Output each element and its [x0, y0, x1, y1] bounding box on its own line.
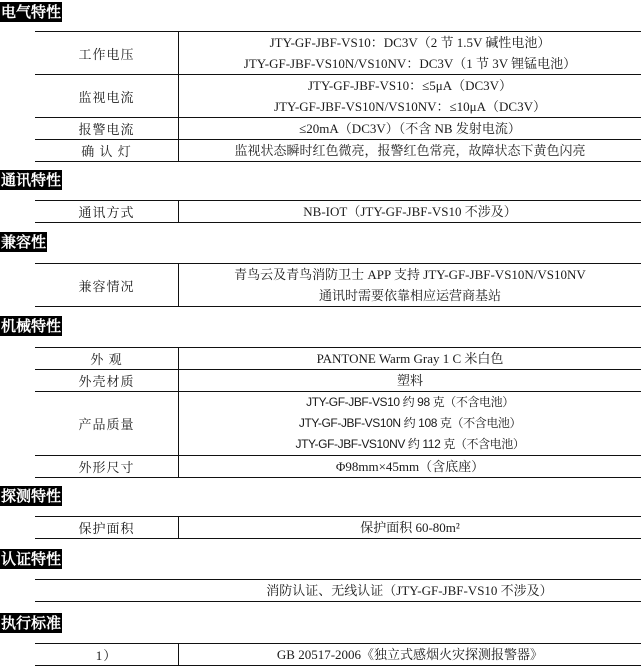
table-row: 外壳材质 塑料: [35, 370, 641, 392]
row-label-compatibility: 兼容情况: [35, 264, 179, 307]
row-value-certification: 消防认证、无线认证（JTY-GF-JBF-VS10 不涉及）: [35, 580, 641, 602]
section-heading-electrical: 电气特性: [0, 2, 62, 22]
value-line: 监视状态瞬时红色微亮，报警红色常亮，故障状态下黄色闪亮: [179, 140, 641, 161]
row-value-coverage-area: 保护面积 60-80m²: [179, 517, 642, 539]
standards-spec-table: 1） GB 20517-2006《独立式感烟火灾探测报警器》: [35, 643, 641, 666]
table-row: 通讯方式 NB-IOT（JTY-GF-JBF-VS10 不涉及）: [35, 201, 641, 223]
table-row: 保护面积 保护面积 60-80m²: [35, 517, 641, 539]
row-value-standard: GB 20517-2006《独立式感烟火灾探测报警器》: [179, 644, 642, 666]
certification-spec-table: 消防认证、无线认证（JTY-GF-JBF-VS10 不涉及）: [35, 579, 641, 602]
row-label-appearance: 外 观: [35, 348, 179, 370]
row-label-dimensions: 外形尺寸: [35, 456, 179, 478]
row-value-dimensions: Φ98mm×45mm（含底座）: [179, 456, 642, 478]
value-line: JTY-GF-JBF-VS10：DC3V（2 节 1.5V 碱性电池）: [179, 32, 641, 53]
row-value-compatibility: 青鸟云及青鸟消防卫士 APP 支持 JTY-GF-JBF-VS10N/VS10N…: [179, 264, 642, 307]
row-label-housing-material: 外壳材质: [35, 370, 179, 392]
value-line: 保护面积 60-80m²: [179, 517, 641, 538]
row-label-alarm-current: 报警电流: [35, 118, 179, 140]
value-line: NB-IOT（JTY-GF-JBF-VS10 不涉及）: [179, 201, 641, 222]
row-value-housing-material: 塑料: [179, 370, 642, 392]
value-line: PANTONE Warm Gray 1 C 米白色: [179, 348, 641, 369]
table-row: 报警电流 ≤20mA（DC3V）（不含 NB 发射电流）: [35, 118, 641, 140]
value-line: GB 20517-2006《独立式感烟火灾探测报警器》: [179, 644, 641, 665]
value-line: JTY-GF-JBF-VS10：≤5μA（DC3V）: [179, 75, 641, 96]
value-line: 塑料: [179, 370, 641, 391]
table-row: 外 观 PANTONE Warm Gray 1 C 米白色: [35, 348, 641, 370]
row-label-confirm-light: 确 认 灯: [35, 140, 179, 162]
section-heading-communication: 通讯特性: [0, 170, 62, 190]
row-value-working-voltage: JTY-GF-JBF-VS10：DC3V（2 节 1.5V 碱性电池） JTY-…: [179, 32, 642, 75]
section-heading-detection: 探测特性: [0, 486, 62, 506]
row-label-standard-index: 1）: [35, 644, 179, 666]
row-value-alarm-current: ≤20mA（DC3V）（不含 NB 发射电流）: [179, 118, 642, 140]
value-line: 通讯时需要依靠相应运营商基站: [179, 285, 641, 306]
table-row: 1） GB 20517-2006《独立式感烟火灾探测报警器》: [35, 644, 641, 666]
table-row: 产品质量 JTY-GF-JBF-VS10 约 98 克（不含电池） JTY-GF…: [35, 392, 641, 456]
row-label-comm-method: 通讯方式: [35, 201, 179, 223]
row-value-appearance: PANTONE Warm Gray 1 C 米白色: [179, 348, 642, 370]
table-row: 消防认证、无线认证（JTY-GF-JBF-VS10 不涉及）: [35, 580, 641, 602]
section-heading-certification: 认证特性: [0, 549, 62, 569]
table-row: 外形尺寸 Φ98mm×45mm（含底座）: [35, 456, 641, 478]
section-heading-standards: 执行标准: [0, 613, 62, 633]
communication-spec-table: 通讯方式 NB-IOT（JTY-GF-JBF-VS10 不涉及）: [35, 200, 641, 223]
row-value-standby-current: JTY-GF-JBF-VS10：≤5μA（DC3V） JTY-GF-JBF-VS…: [179, 75, 642, 118]
row-label-coverage-area: 保护面积: [35, 517, 179, 539]
value-line: JTY-GF-JBF-VS10N/VS10NV：≤10μA（DC3V）: [179, 96, 641, 117]
value-line: Φ98mm×45mm（含底座）: [179, 456, 641, 477]
value-line: 消防认证、无线认证（JTY-GF-JBF-VS10 不涉及）: [178, 580, 641, 601]
mechanical-spec-table: 外 观 PANTONE Warm Gray 1 C 米白色 外壳材质 塑料 产品…: [35, 347, 641, 478]
value-line: JTY-GF-JBF-VS10N/VS10NV：DC3V（1 节 3V 锂锰电池…: [179, 53, 641, 74]
electrical-spec-table: 工作电压 JTY-GF-JBF-VS10：DC3V（2 节 1.5V 碱性电池）…: [35, 31, 641, 162]
value-line: ≤20mA（DC3V）（不含 NB 发射电流）: [179, 118, 641, 139]
section-heading-mechanical: 机械特性: [0, 316, 62, 336]
row-value-confirm-light: 监视状态瞬时红色微亮，报警红色常亮，故障状态下黄色闪亮: [179, 140, 642, 162]
value-line: JTY-GF-JBF-VS10N 约 108 克（不含电池）: [179, 413, 641, 434]
value-line: JTY-GF-JBF-VS10NV 约 112 克（不含电池）: [179, 434, 641, 455]
row-label-product-weight: 产品质量: [35, 392, 179, 456]
detection-spec-table: 保护面积 保护面积 60-80m²: [35, 516, 641, 539]
value-line: 青鸟云及青鸟消防卫士 APP 支持 JTY-GF-JBF-VS10N/VS10N…: [179, 264, 641, 285]
table-row: 确 认 灯 监视状态瞬时红色微亮，报警红色常亮，故障状态下黄色闪亮: [35, 140, 641, 162]
row-value-comm-method: NB-IOT（JTY-GF-JBF-VS10 不涉及）: [179, 201, 642, 223]
section-heading-compatibility: 兼容性: [0, 232, 47, 252]
row-label-working-voltage: 工作电压: [35, 32, 179, 75]
table-row: 工作电压 JTY-GF-JBF-VS10：DC3V（2 节 1.5V 碱性电池）…: [35, 32, 641, 75]
row-label-standby-current: 监视电流: [35, 75, 179, 118]
value-line: JTY-GF-JBF-VS10 约 98 克（不含电池）: [179, 392, 641, 413]
table-row: 兼容情况 青鸟云及青鸟消防卫士 APP 支持 JTY-GF-JBF-VS10N/…: [35, 264, 641, 307]
row-value-product-weight: JTY-GF-JBF-VS10 约 98 克（不含电池） JTY-GF-JBF-…: [179, 392, 642, 456]
table-row: 监视电流 JTY-GF-JBF-VS10：≤5μA（DC3V） JTY-GF-J…: [35, 75, 641, 118]
compatibility-spec-table: 兼容情况 青鸟云及青鸟消防卫士 APP 支持 JTY-GF-JBF-VS10N/…: [35, 263, 641, 307]
